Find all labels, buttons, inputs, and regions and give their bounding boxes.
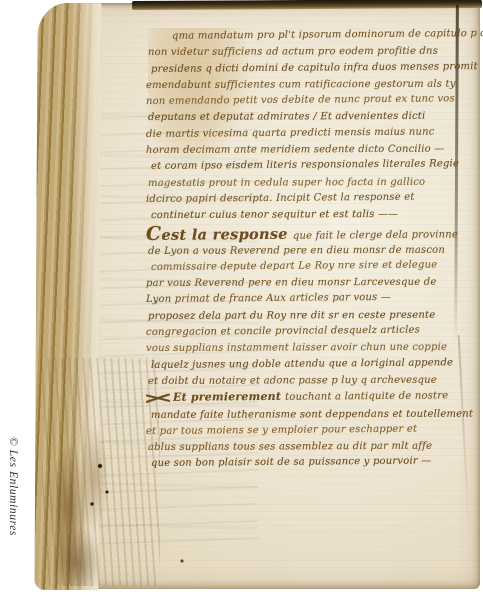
photo-frame: © Les Enluminures qma mandatum pro pl't … — [0, 0, 483, 600]
manuscript-photo: qma mandatum pro pl't ipsorum dominorum … — [36, 0, 483, 596]
manuscript-line: que son bon plaisir soit de sa puissance… — [146, 454, 468, 473]
manuscript-line: commissaire depute depart Le Roy nre sir… — [146, 257, 468, 276]
manuscript-line: congregacion et concile provincial desqu… — [146, 322, 468, 341]
manuscript-line: presidens q dicti domini de capitulo inf… — [146, 59, 468, 78]
manuscript-line: non emendando petit vos debite de nunc p… — [146, 91, 468, 110]
manuscript-line: et par tous moiens se y emploier pour es… — [146, 421, 468, 440]
manuscript-line: Et premierementtouchant a lantiquite de … — [146, 387, 468, 407]
manuscript-line: Lyon primat de france Aux articles par v… — [146, 290, 468, 309]
manuscript-line: die martis vicesima quarta predicti mens… — [146, 124, 468, 143]
manuscript-line: Cest la responseque fait le clerge dela … — [146, 222, 468, 244]
line-lead-text: Cest la response — [146, 223, 288, 244]
paraph-flourish-icon — [146, 394, 170, 403]
copyright-text: © Les Enluminures — [7, 437, 19, 536]
manuscript-line: qma mandatum pro pl't ipsorum dominorum … — [146, 26, 468, 45]
manuscript-line: laquelz jusnes ung doble attendu que a l… — [146, 355, 468, 374]
manuscript-line: et coram ipso eisdem literis responsiona… — [146, 157, 468, 176]
manuscript-line: idcirco papiri descripta. Incipit Cest l… — [146, 189, 468, 208]
copyright-watermark: © Les Enluminures — [7, 437, 19, 536]
line-lead-text: Et premierement — [173, 390, 281, 404]
line-rest-text: que fait le clerge dela provinne — [293, 229, 458, 241]
manuscript-text-block: qma mandatum pro pl't ipsorum dominorum … — [146, 29, 468, 473]
line-rest-text: touchant a lantiquite de nostre — [285, 391, 448, 403]
